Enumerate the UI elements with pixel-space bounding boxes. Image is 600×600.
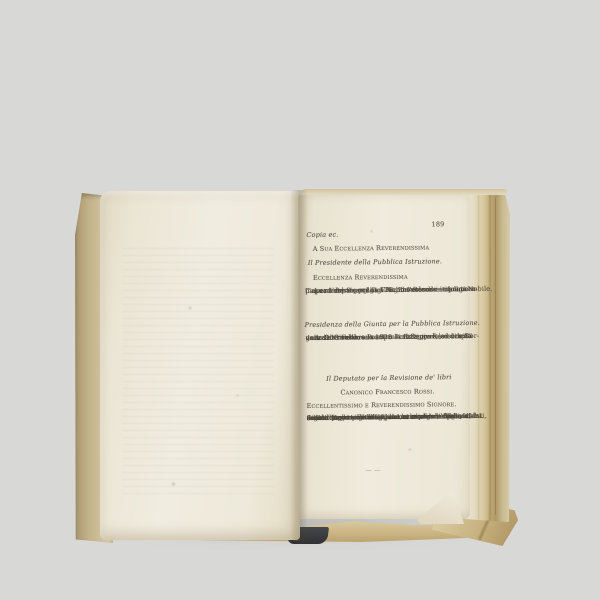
open-book: 189 Copia ec. A Sua Eccellenza Reverendi…: [70, 186, 515, 558]
right-printed-page: 189 Copia ec. A Sua Eccellenza Reverendi…: [298, 195, 470, 519]
page-number: 189: [431, 221, 444, 229]
foxing-spot: [236, 394, 239, 397]
page-layer-line: [495, 198, 496, 516]
presidenza-line: Presidenza della Giunta per la Pubblica …: [305, 320, 480, 330]
review-paragraph: Con piena soddisfazione ho scorsa l' ope…: [307, 413, 455, 415]
text-line: della Sovranità.: [306, 334, 360, 342]
foxing-spot: [188, 306, 192, 310]
review-heading: Eccellentissimo e Reverendissimo Signore…: [307, 401, 457, 410]
text-showthrough: [122, 248, 274, 500]
deputato-line: Il Deputato per la Revisione de' libri: [326, 374, 451, 383]
copia-note: Copia ec.: [306, 232, 338, 240]
page-layer-line: [478, 194, 479, 518]
foxing-spot: [171, 482, 176, 486]
photo-background: 189 Copia ec. A Sua Eccellenza Reverendi…: [0, 0, 600, 600]
foxing-spot: [370, 230, 373, 233]
printed-text-block: 189 Copia ec. A Sua Eccellenza Reverendi…: [296, 194, 472, 520]
page-layer-line: [489, 191, 491, 522]
greeting-line: Eccellenza Reverendissima: [313, 274, 408, 283]
salutation-line: A Sua Eccellenza Reverendissima: [313, 244, 430, 253]
decree-paragraph: A dì 19 Febbraro 1828 — Il Regio Revisor…: [306, 333, 454, 335]
text-line: donde sorgono le illustrazioni su de' ru…: [307, 413, 484, 423]
foxing-spot: [455, 336, 458, 339]
signature-line: Canonico Francesco Rossi.: [340, 388, 434, 397]
addressee-line: Il Presidente della Pubblica Istruzione.: [308, 258, 442, 267]
catchword: — —: [365, 467, 381, 475]
text-line: piacersi destinargli un Regio Revisore —…: [305, 286, 492, 296]
foxing-spot: [408, 448, 412, 451]
request-paragraph: Lo stampatore Luigi Nobile volendo impri…: [305, 286, 453, 288]
